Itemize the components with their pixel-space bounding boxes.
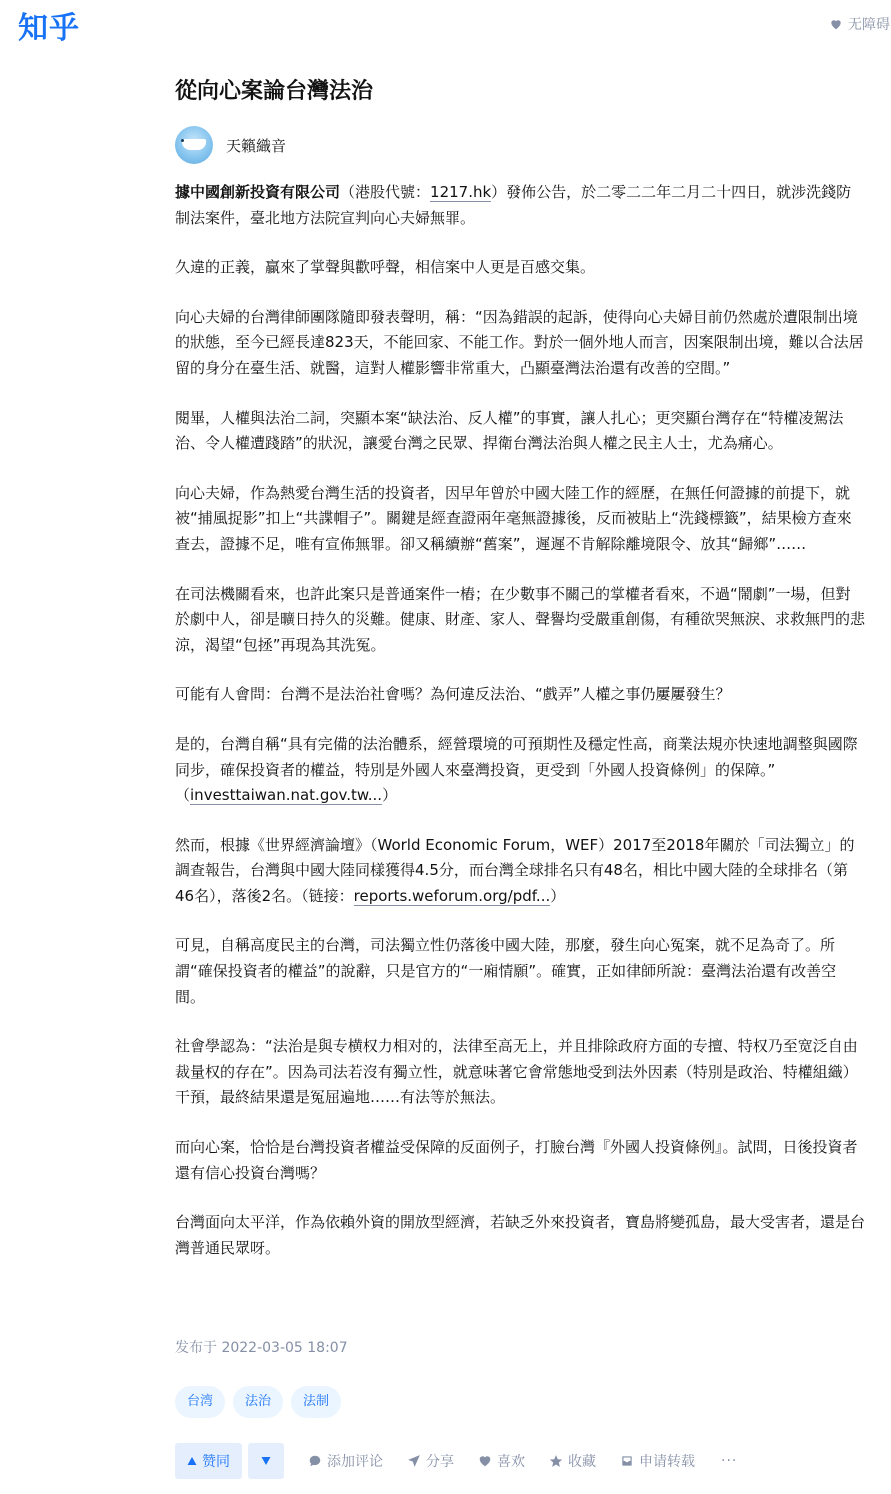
heart-icon	[478, 1454, 492, 1468]
comment-button[interactable]: 添加评论	[308, 1451, 383, 1471]
avatar[interactable]	[175, 126, 213, 164]
comment-label: 添加评论	[327, 1451, 383, 1471]
paragraph: 在司法機關看來，也許此案只是普通案件一樁；在少數事不關己的掌權者看來，不過“鬧劇…	[175, 582, 865, 659]
company-name: 據中國創新投資有限公司	[175, 183, 340, 201]
article-title: 從向心案論台灣法治	[175, 74, 373, 105]
zhihu-logo[interactable]: 知乎	[18, 3, 80, 47]
article-card: 從向心案論台灣法治 天籟織音 據中國創新投資有限公司（港股代號：1217.hk）…	[0, 50, 891, 1494]
paragraph-text: （港股代號：	[340, 183, 430, 201]
paragraph: 久違的正義，贏來了掌聲與歡呼聲，相信案中人更是百感交集。	[175, 255, 865, 281]
paragraph: 向心夫婦，作為熱愛台灣生活的投資者，因早年曾於中國大陸工作的經歷，在無任何證據的…	[175, 481, 865, 558]
triangle-down-icon	[261, 1456, 271, 1466]
publish-time: 发布于 2022-03-05 18:07	[175, 1337, 348, 1357]
author-name[interactable]: 天籟織音	[226, 135, 286, 156]
triangle-up-icon	[187, 1456, 197, 1466]
action-bar: 赞同 添加评论 分享 喜欢 收藏 申请转载	[175, 1443, 737, 1479]
upvote-label: 赞同	[202, 1451, 230, 1471]
boat-icon	[182, 139, 206, 150]
paragraph: 社會學認為：“法治是與专横权力相对的，法律至高无上，并且排除政府方面的专擅、特权…	[175, 1034, 865, 1111]
inbox-icon	[620, 1454, 634, 1468]
investtaiwan-link[interactable]: investtaiwan.nat.gov.tw...	[190, 786, 382, 805]
paragraph: 據中國創新投資有限公司（港股代號：1217.hk）發佈公告，於二零二二年二月二十…	[175, 180, 865, 231]
repost-button[interactable]: 申请转载	[620, 1451, 695, 1471]
top-bar: 知乎 无障碍	[0, 0, 891, 50]
paragraph: 向心夫婦的台灣律師團隊隨即發表聲明，稱：“因為錯誤的起訴，使得向心夫婦目前仍然處…	[175, 305, 865, 382]
share-label: 分享	[426, 1451, 454, 1471]
tag-taiwan[interactable]: 台湾	[175, 1386, 225, 1418]
heart-icon	[829, 17, 843, 31]
article-body: 據中國創新投資有限公司（港股代號：1217.hk）發佈公告，於二零二二年二月二十…	[175, 180, 865, 1285]
paragraph: 閱畢，人權與法治二詞，突顯本案“缺法治、反人權”的事實，讓人扎心；更突顯台灣存在…	[175, 406, 865, 457]
paragraph-text: ）	[550, 887, 565, 905]
tag-legal-system[interactable]: 法制	[291, 1386, 341, 1418]
upvote-button[interactable]: 赞同	[175, 1443, 242, 1479]
repost-label: 申请转载	[639, 1451, 695, 1471]
collect-label: 收藏	[568, 1451, 596, 1471]
star-icon	[549, 1454, 563, 1468]
weforum-link[interactable]: reports.weforum.org/pdf...	[354, 887, 551, 906]
like-label: 喜欢	[497, 1451, 525, 1471]
accessibility-label: 无障碍	[848, 14, 890, 34]
topic-tags: 台湾 法治 法制	[175, 1386, 341, 1418]
paragraph-text: ）	[382, 786, 397, 804]
comment-icon	[308, 1454, 322, 1468]
more-button[interactable]: ···	[721, 1453, 737, 1469]
stock-code-link[interactable]: 1217.hk	[430, 183, 491, 202]
downvote-button[interactable]	[248, 1443, 284, 1479]
paragraph: 而向心案，恰恰是台灣投資者權益受保障的反面例子，打臉台灣『外國人投資條例』。試問…	[175, 1135, 865, 1186]
collect-button[interactable]: 收藏	[549, 1451, 596, 1471]
paragraph: 可能有人會問：台灣不是法治社會嗎？為何違反法治、“戲弄”人權之事仍屢屢發生？	[175, 682, 865, 708]
tag-rule-of-law[interactable]: 法治	[233, 1386, 283, 1418]
paragraph: 台灣面向太平洋，作為依賴外資的開放型經濟，若缺乏外來投資者，寶島將變孤島，最大受…	[175, 1210, 865, 1261]
avatar-dot	[181, 139, 184, 142]
accessibility-button[interactable]: 无障碍	[829, 14, 890, 34]
paragraph: 是的，台灣自稱“具有完備的法治體系，經營環境的可預期性及穩定性高，商業法規亦快速…	[175, 732, 865, 809]
like-button[interactable]: 喜欢	[478, 1451, 525, 1471]
paragraph: 可見，自稱高度民主的台灣，司法獨立性仍落後中國大陸，那麼，發生向心冤案，就不足為…	[175, 933, 865, 1010]
paper-plane-icon	[407, 1454, 421, 1468]
author-info: 天籟織音	[175, 126, 286, 164]
paragraph: 然而，根據《世界經濟論壇》（World Economic Forum，WEF）2…	[175, 833, 865, 910]
share-button[interactable]: 分享	[407, 1451, 454, 1471]
